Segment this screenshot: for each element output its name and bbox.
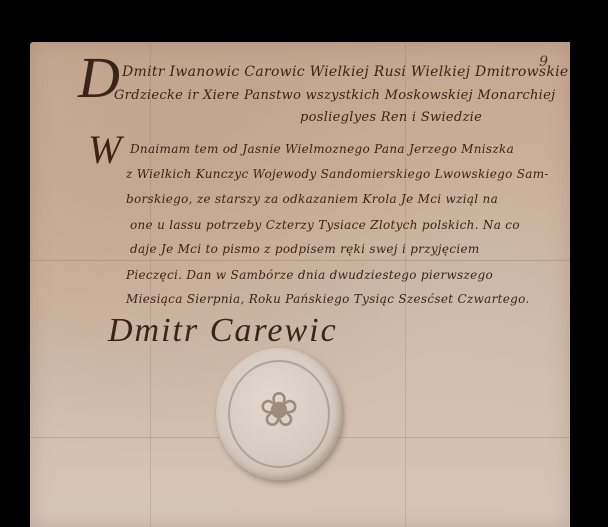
text-line-2: Grdziecke ir Xiere Panstwo wszystkich Mo…: [114, 88, 555, 103]
signature: Dmitr Carewic: [108, 312, 338, 350]
text-line-1: Dmitr Iwanowic Carowic Wielkiej Rusi Wie…: [122, 64, 569, 80]
wax-seal: ❀: [216, 348, 342, 480]
text-line-6: borskiego, ze starszy za odkazaniem Krol…: [126, 192, 498, 206]
fold-line: [30, 260, 570, 261]
text-line-9: Pieczęci. Dan w Sambórze dnia dwudzieste…: [126, 268, 493, 282]
text-line-7: one u lassu potrzeby Czterzy Tysiace Zlo…: [130, 218, 520, 232]
fold-line: [150, 42, 151, 527]
text-line-5: z Wielkich Kunczyc Wojewody Sandomierski…: [126, 167, 549, 181]
text-line-4: Dnaimam tem od Jasnie Wielmoznego Pana J…: [130, 142, 514, 156]
document-paper: 9 D Dmitr Iwanowic Carowic Wielkiej Rusi…: [30, 42, 570, 527]
text-line-8: daje Je Mci to pismo z podpisem ręki swe…: [130, 242, 480, 256]
text-line-10: Miesiąca Sierpnia, Roku Pańskiego Tysiąc…: [126, 292, 530, 306]
text-line-3: poslieglyes Ren i Swiedzie: [300, 110, 482, 125]
decorative-initial-w: W: [88, 126, 121, 173]
double-headed-eagle-icon: ❀: [216, 382, 342, 438]
